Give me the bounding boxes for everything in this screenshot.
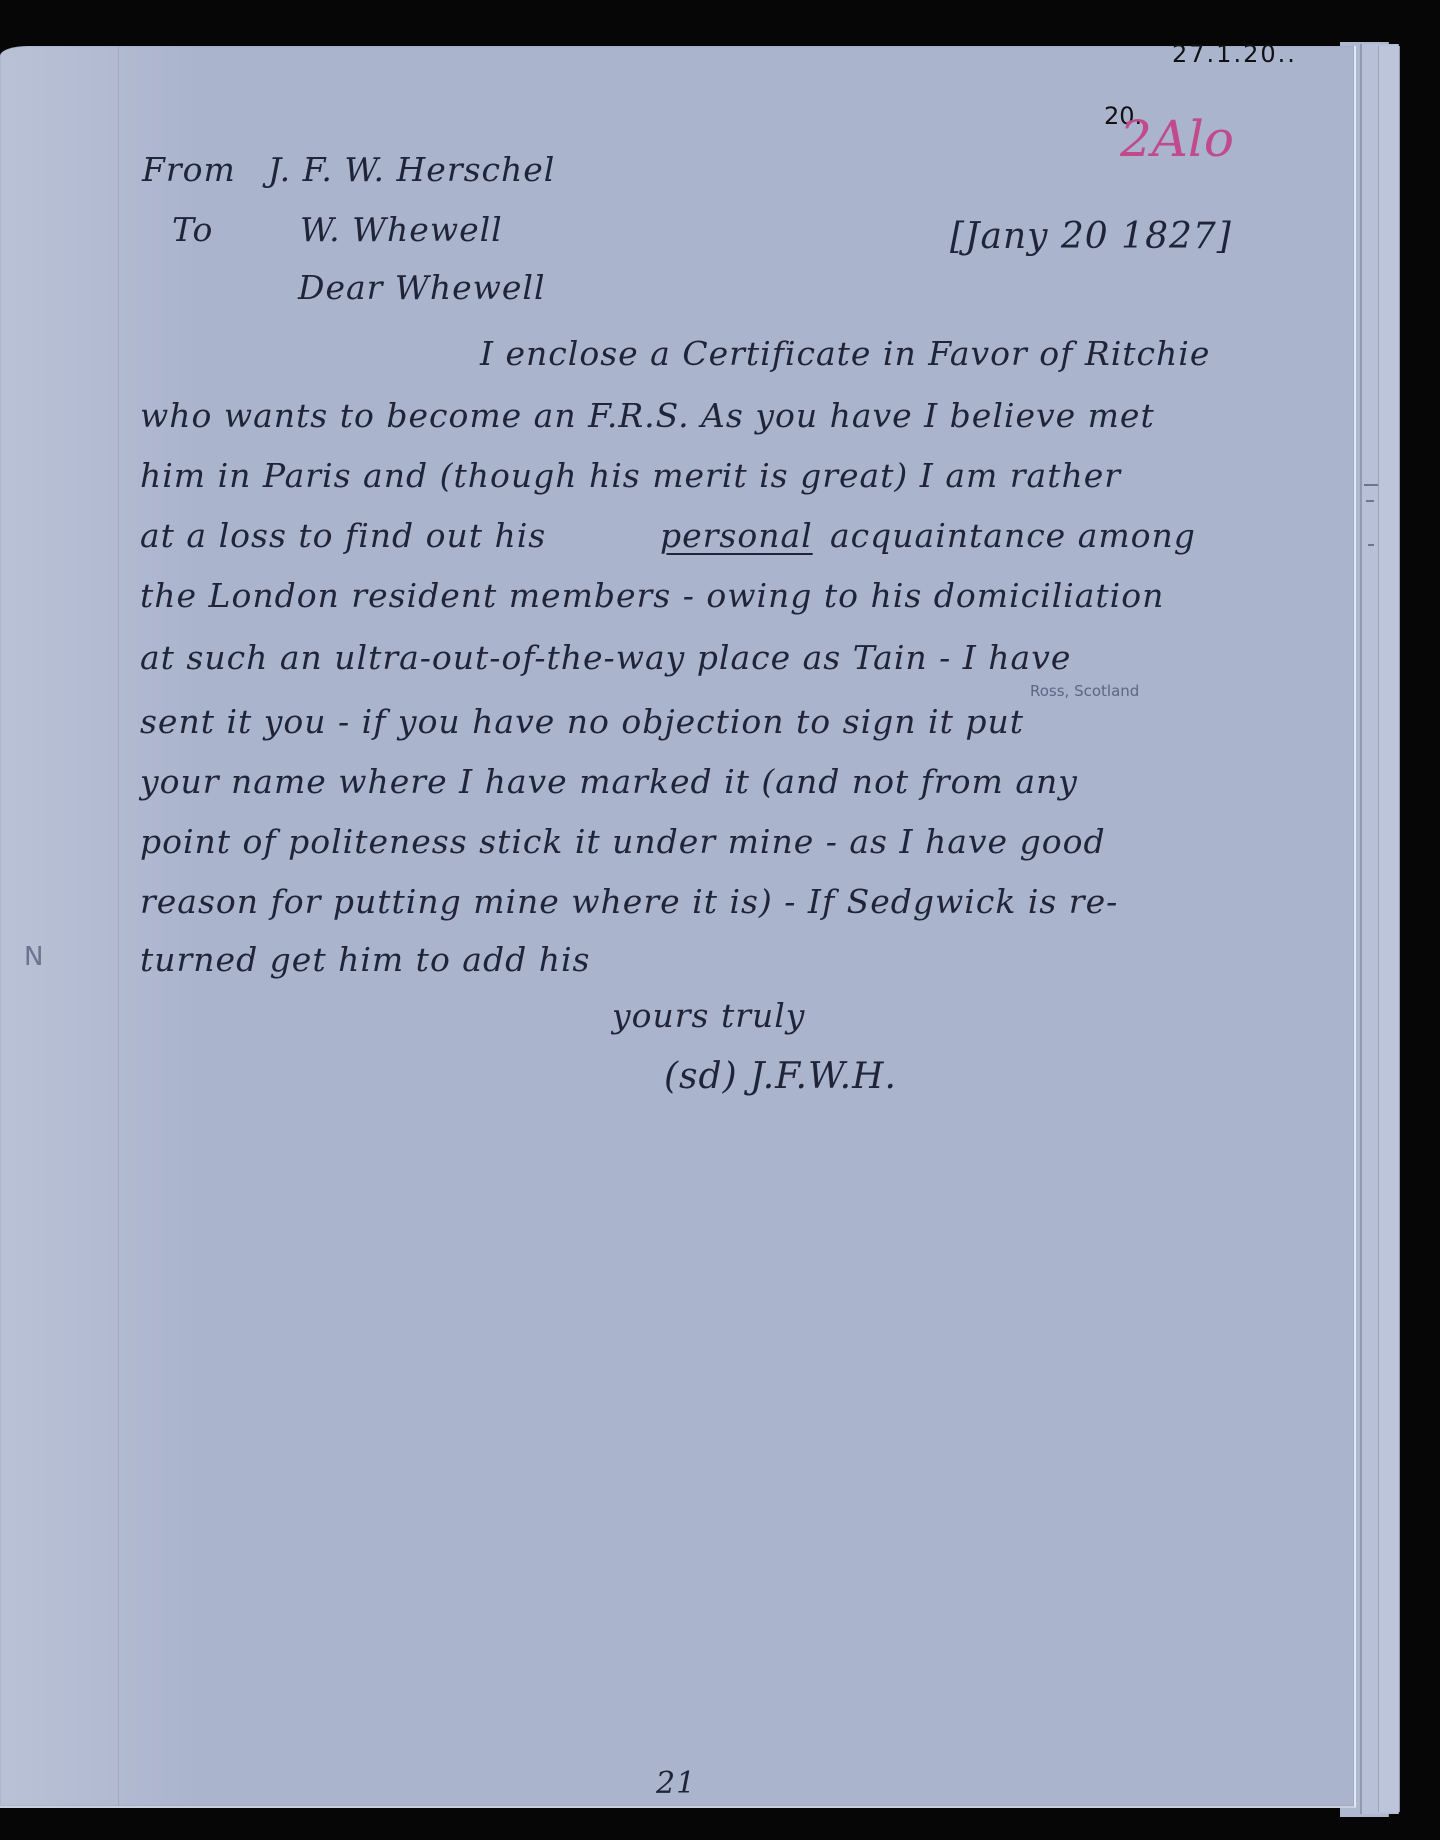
to-name: W. Whewell xyxy=(300,210,503,249)
margin-rule xyxy=(118,46,119,1806)
body-line: reason for putting mine where it is) - I… xyxy=(140,882,1118,921)
pencil-note: Ross, Scotland xyxy=(1030,682,1139,700)
body-line: I enclose a Certificate in Favor of Ritc… xyxy=(480,334,1210,373)
from-name: J. F. W. Herschel xyxy=(268,150,555,189)
body-line: turned get him to add his xyxy=(140,940,590,979)
body-line: at such an ultra-out-of-the-way place as… xyxy=(140,638,1071,677)
body-line: sent it you - if you have no objection t… xyxy=(140,702,1024,741)
valediction: yours truly xyxy=(612,996,805,1035)
body-line: your name where I have marked it (and no… xyxy=(140,762,1078,801)
letter-date: [Jany 20 1827] xyxy=(950,216,1232,257)
salutation: Dear Whewell xyxy=(298,268,546,307)
underlined-word: personal xyxy=(660,516,813,555)
body-line: point of politeness stick it under mine … xyxy=(140,822,1106,861)
page-number: 21 xyxy=(656,1766,696,1801)
edge-ink-mark xyxy=(1364,484,1378,486)
body-line: acquaintance among xyxy=(830,516,1196,555)
reference-code: 2Alo xyxy=(1120,110,1234,168)
body-line: at a loss to find out his xyxy=(140,516,546,555)
edge-ink-mark xyxy=(1368,544,1374,546)
to-label: To xyxy=(172,210,213,249)
body-line: who wants to become an F.R.S. As you hav… xyxy=(140,396,1155,435)
letter-page: 27.1.20.. 20. 2Alo From J. F. W. Hersche… xyxy=(0,46,1356,1808)
page-stack-edge xyxy=(1378,46,1400,1812)
from-label: From xyxy=(142,150,236,189)
edge-ink-mark xyxy=(1366,500,1374,502)
margin-mark: N xyxy=(24,942,43,972)
body-line: him in Paris and (though his merit is gr… xyxy=(140,456,1121,495)
body-line: the London resident members - owing to h… xyxy=(140,576,1164,615)
signature: (sd) J.F.W.H. xyxy=(664,1056,897,1097)
archive-date: 27.1.20.. xyxy=(1172,40,1297,68)
